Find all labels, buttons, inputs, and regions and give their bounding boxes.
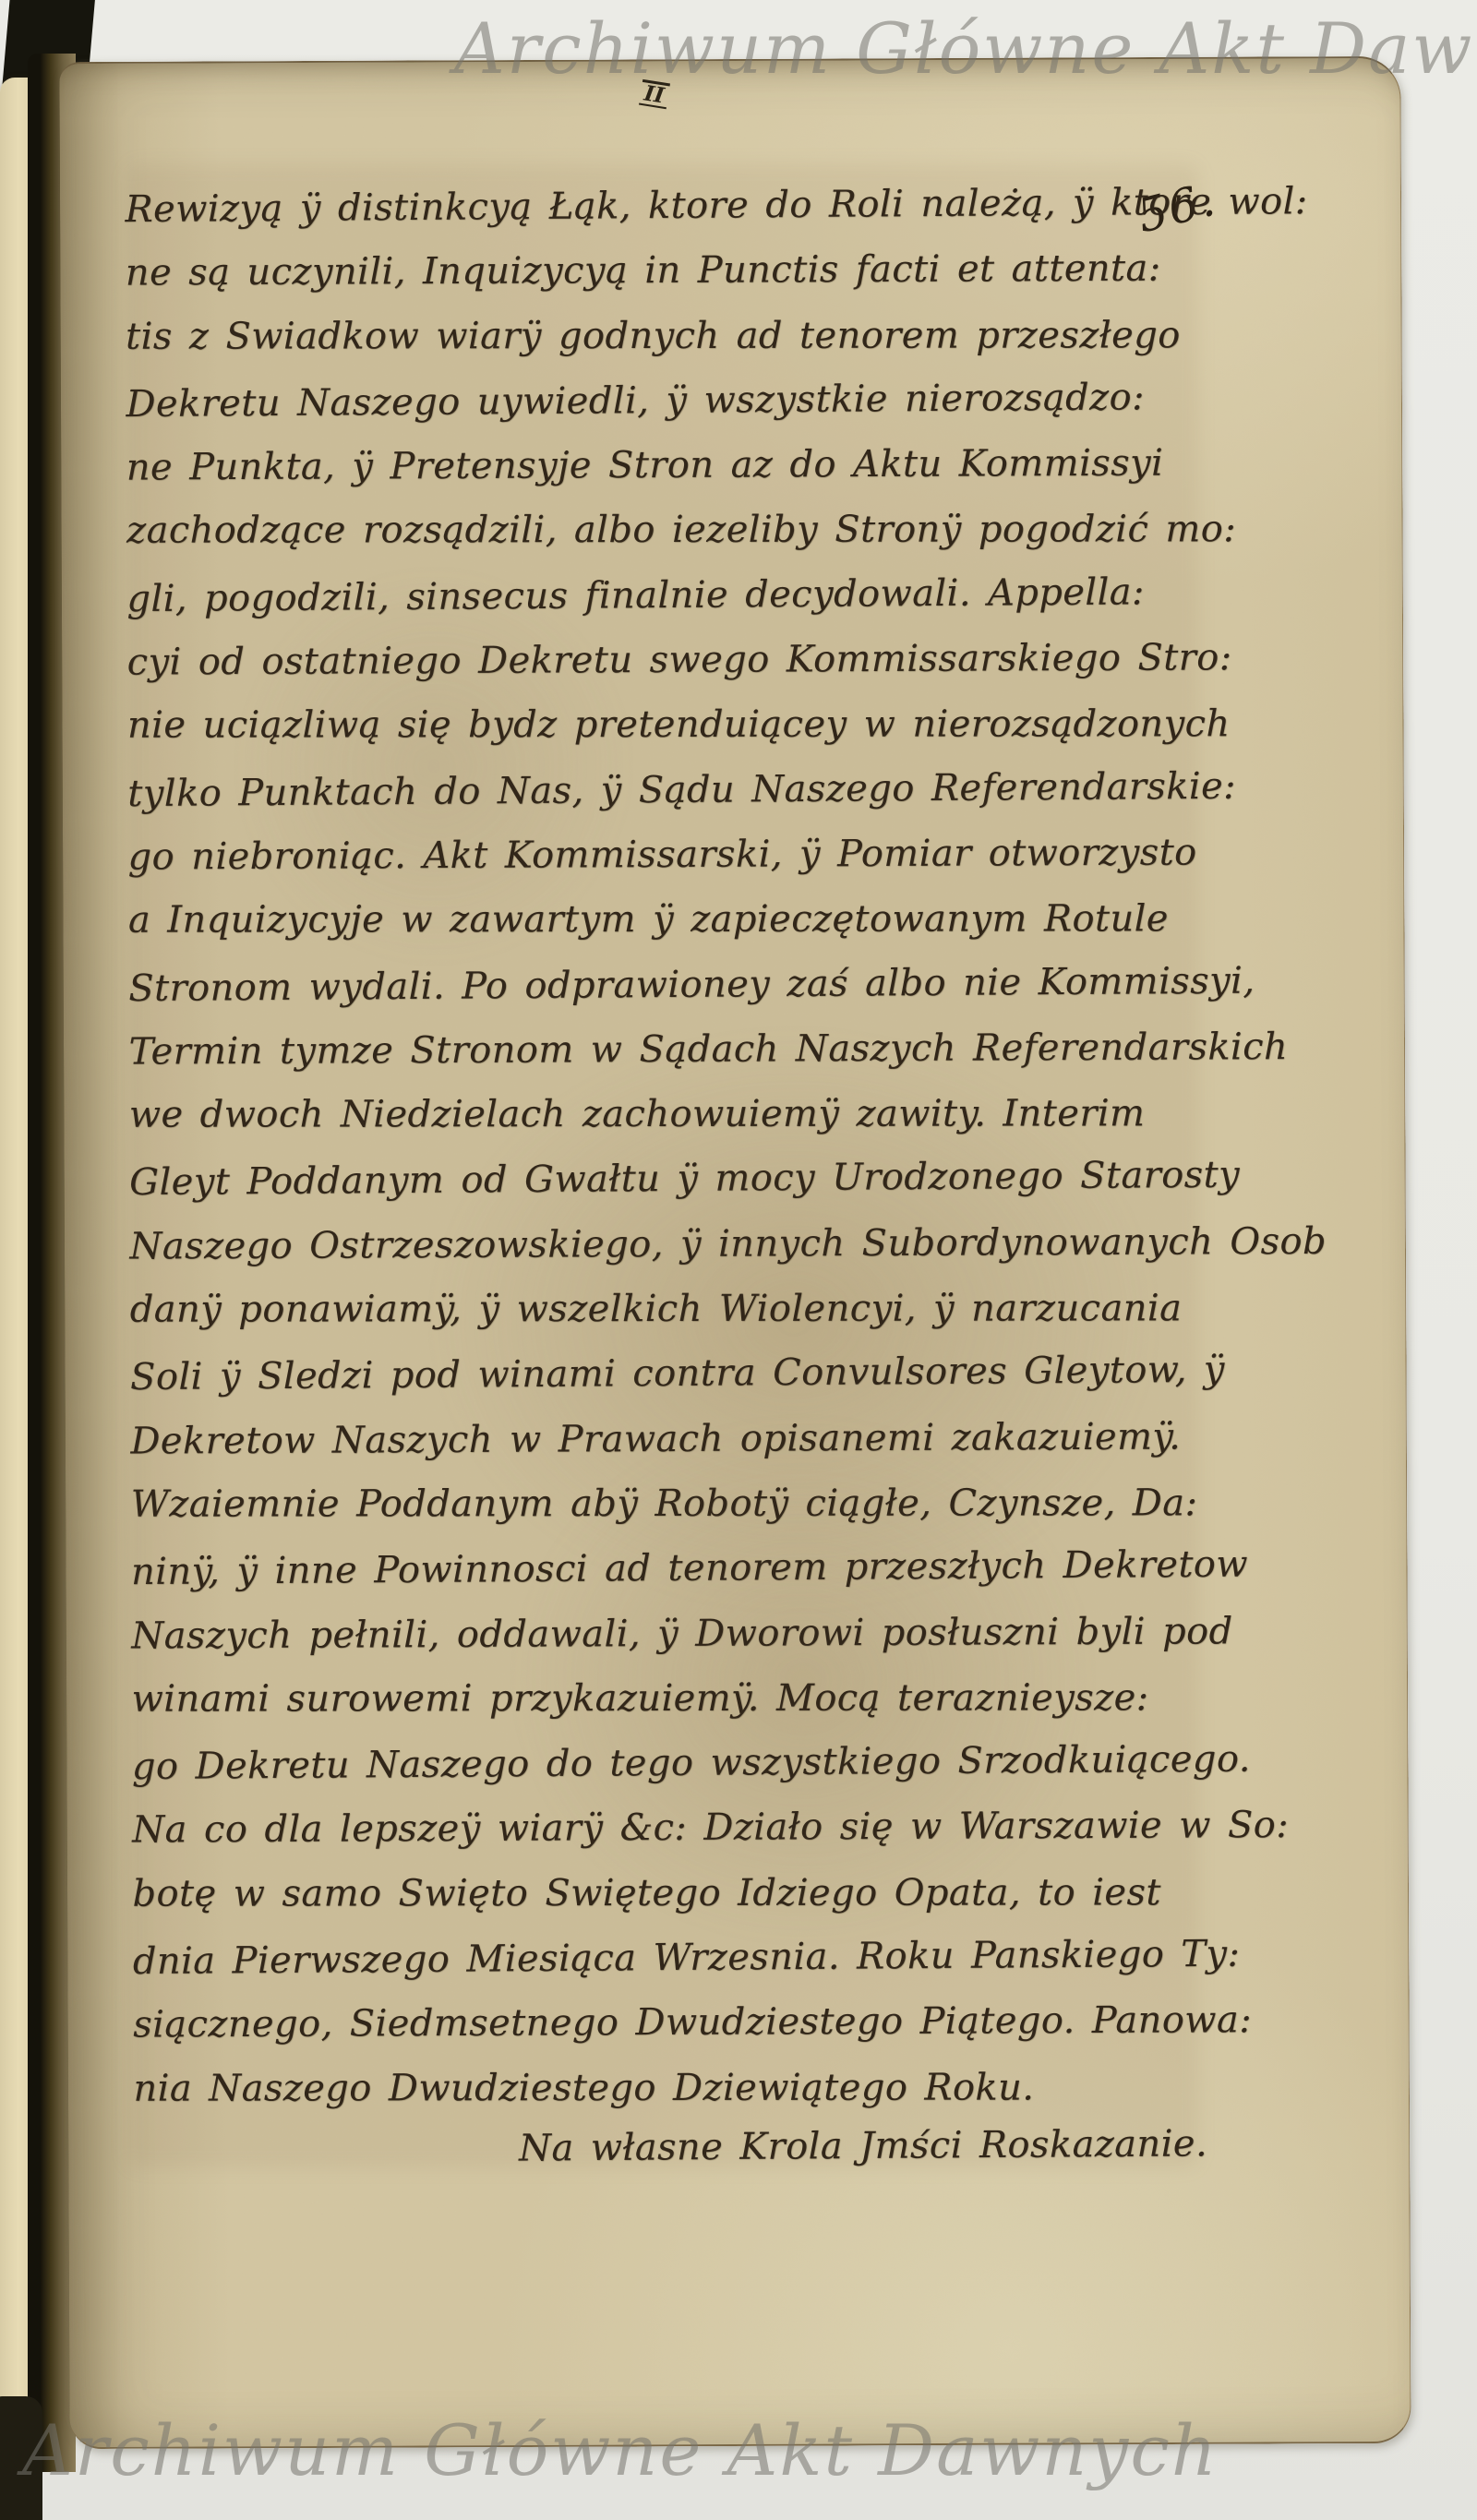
archive-watermark-bottom: Archiwum Główne Akt Dawnych <box>22 2409 1219 2491</box>
manuscript-line: Na co dla lepszeÿ wiarÿ &c: Działo się w… <box>132 1794 1217 1863</box>
manuscript-closing-line: Na własne Krola Jmści Roskazanie. <box>519 2122 1207 2169</box>
manuscript-scan-page: { "scan": { "watermark_text": "Archiwum … <box>0 0 1477 2520</box>
manuscript-line: Naszych pełnili, oddawali, ÿ Dworowi pos… <box>131 1599 1216 1668</box>
manuscript-text-block: Rewizyą ÿ distinkcyą Łąk, ktore do Roli … <box>125 171 1218 2122</box>
manuscript-line: cyi od ostatniego Dekretu swego Kommissa… <box>127 626 1212 695</box>
manuscript-line: dnia Pierwszego Miesiąca Wrzesnia. Roku … <box>133 1922 1218 1994</box>
manuscript-line: Stronom wydali. Po odprawioney zaś albo … <box>128 948 1213 1020</box>
manuscript-line: gli, pogodzili, sinsecus finalnie decydo… <box>126 559 1211 631</box>
manuscript-line: Wzaiemnie Poddanym abÿ Robotÿ ciągłe, Cz… <box>131 1470 1216 1537</box>
manuscript-line: we dwoch Niedzielach zachowuiemÿ zawity.… <box>129 1081 1214 1147</box>
manuscript-line: siącznego, Siedmsetnego Dwudziestego Pią… <box>133 1988 1218 2058</box>
manuscript-line: Naszego Ostrzeszowskiego, ÿ innych Subor… <box>129 1209 1214 1278</box>
manuscript-line: ne są uczynili, Inquizycyą in Punctis fa… <box>126 236 1210 306</box>
manuscript-line: Termin tymze Stronom w Sądach Naszych Re… <box>128 1014 1213 1084</box>
manuscript-line: go niebroniąc. Akt Kommissarski, ÿ Pomia… <box>127 820 1212 889</box>
manuscript-line: a Inquizycyje w zawartym ÿ zapieczętowan… <box>128 887 1213 954</box>
manuscript-line: Gleyt Poddanym od Gwałtu ÿ mocy Urodzone… <box>129 1143 1214 1215</box>
manuscript-line: Dekretow Naszych w Prawach opisanemi zak… <box>130 1404 1215 1473</box>
manuscript-line: go Dekretu Naszego do tego wszystkiego S… <box>132 1727 1217 1799</box>
manuscript-line: tis z Swiadkow wiarÿ godnych ad tenorem … <box>126 303 1210 369</box>
manuscript-line: nia Naszego Dwudziestego Dziewiątego Rok… <box>133 2055 1218 2121</box>
manuscript-lines: Rewizyą ÿ distinkcyą Łąk, ktore do Roli … <box>125 171 1218 2122</box>
manuscript-line: tylko Punktach do Nas, ÿ Sądu Naszego Re… <box>127 754 1212 826</box>
manuscript-line: ninÿ, ÿ inne Powinnosci ad tenorem przes… <box>131 1532 1216 1604</box>
manuscript-line: Rewizyą ÿ distinkcyą Łąk, ktore do Roli … <box>125 170 1209 242</box>
manuscript-line: Dekretu Naszego uywiedli, ÿ wszystkie ni… <box>126 365 1210 437</box>
manuscript-line: Soli ÿ Sledzi pod winami contra Convulso… <box>130 1338 1215 1410</box>
manuscript-line: nie uciązliwą się bydz pretenduiącey w n… <box>127 692 1212 759</box>
manuscript-line: botę w samo Swięto Swiętego Idziego Opat… <box>132 1860 1217 1926</box>
archive-watermark-top: Archiwum Główne Akt Dawnych <box>454 7 1477 90</box>
manuscript-line: winami surowemi przykazuiemÿ. Mocą teraz… <box>132 1665 1217 1732</box>
manuscript-line: danÿ ponawiamÿ, ÿ wszelkich Wiolencyi, ÿ… <box>130 1276 1215 1342</box>
manuscript-line: ne Punkta, ÿ Pretensyje Stron az do Aktu… <box>126 431 1211 500</box>
manuscript-line: zachodzące rozsądzili, albo iezeliby Str… <box>126 498 1211 564</box>
